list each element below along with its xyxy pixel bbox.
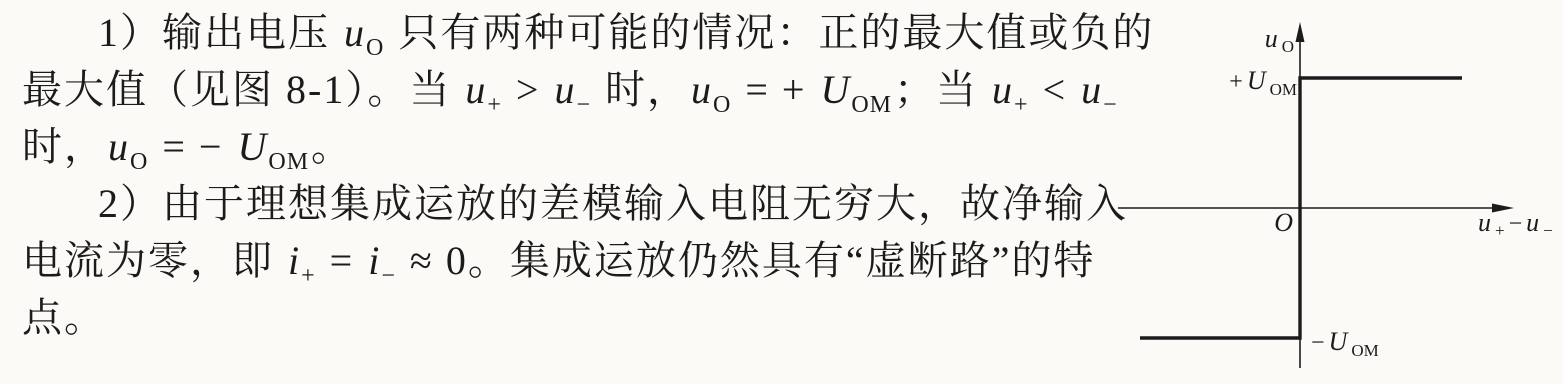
- text-run: 点。: [22, 295, 106, 340]
- text-run: 只有两种可能的情况：正的最大值或负的: [386, 10, 1154, 55]
- math-variable: u: [106, 124, 130, 169]
- math-subscript: −: [576, 92, 593, 118]
- text-run: <: [1031, 67, 1080, 112]
- text-run: 时，: [22, 124, 106, 169]
- math-subscript: O: [713, 92, 733, 118]
- text-line: 时，uO = − UOM。: [22, 118, 1082, 175]
- math-subscript: O: [366, 35, 386, 61]
- math-subscript: O: [130, 149, 150, 175]
- text-run: >: [504, 67, 553, 112]
- scanned-page: 1）输出电压 uO 只有两种可能的情况：正的最大值或负的最大值（见图 8-1）。…: [0, 0, 1563, 384]
- math-subscript: +: [487, 92, 504, 118]
- math-variable: U: [235, 124, 268, 169]
- math-variable: i: [366, 238, 381, 283]
- text-line: 1）输出电压 uO 只有两种可能的情况：正的最大值或负的: [22, 4, 1082, 61]
- pos-level-label: + U OM: [1229, 66, 1297, 99]
- text-run: 2）由于理想集成运放的差模输入电阻无穷大，故净输入: [98, 181, 1128, 226]
- math-subscript: −: [381, 263, 398, 289]
- math-variable: u: [689, 67, 713, 112]
- transfer-characteristic-plot: u O + U OM O u + − u − − U: [1100, 0, 1563, 384]
- origin-label: O: [1274, 208, 1293, 237]
- text-line: 点。: [22, 289, 1082, 346]
- text-block: 1）输出电压 uO 只有两种可能的情况：正的最大值或负的最大值（见图 8-1）。…: [22, 4, 1082, 346]
- text-run: 1）输出电压: [98, 10, 342, 55]
- text-run: 电流为零，即: [22, 238, 286, 283]
- math-subscript: OM: [268, 149, 311, 175]
- text-run: 最大值（见图 8-1）。当: [22, 67, 463, 112]
- y-axis-arrow-icon: [1296, 22, 1305, 42]
- math-subscript: OM: [851, 92, 894, 118]
- math-subscript: +: [301, 263, 318, 289]
- text-run: = −: [150, 124, 235, 169]
- text-line: 电流为零，即 i+ = i− ≈ 0。集成运放仍然具有“虚断路”的特: [22, 232, 1082, 289]
- math-variable: u: [990, 67, 1014, 112]
- y-axis-label: u O: [1265, 24, 1294, 56]
- text-line: 最大值（见图 8-1）。当 u+ > u− 时，uO = + UOM；当 u+ …: [22, 61, 1082, 118]
- math-variable: u: [552, 67, 576, 112]
- text-run: 。: [311, 124, 353, 169]
- text-run: 时，: [593, 67, 689, 112]
- math-variable: u: [342, 10, 366, 55]
- figure-8-1: u O + U OM O u + − u − − U: [1100, 0, 1563, 384]
- text-run: ≈ 0。集成运放仍然具有“虚断路”的特: [398, 238, 1095, 283]
- x-axis-label: u + − u −: [1478, 208, 1553, 240]
- text-run: ；当: [894, 67, 990, 112]
- math-variable: i: [286, 238, 301, 283]
- neg-level-label: − U OM: [1311, 327, 1379, 360]
- math-variable: u: [463, 67, 487, 112]
- text-run: =: [318, 238, 367, 283]
- math-subscript: +: [1014, 92, 1031, 118]
- text-run: = +: [733, 67, 818, 112]
- text-line: 2）由于理想集成运放的差模输入电阻无穷大，故净输入: [22, 175, 1082, 232]
- math-variable: U: [818, 67, 851, 112]
